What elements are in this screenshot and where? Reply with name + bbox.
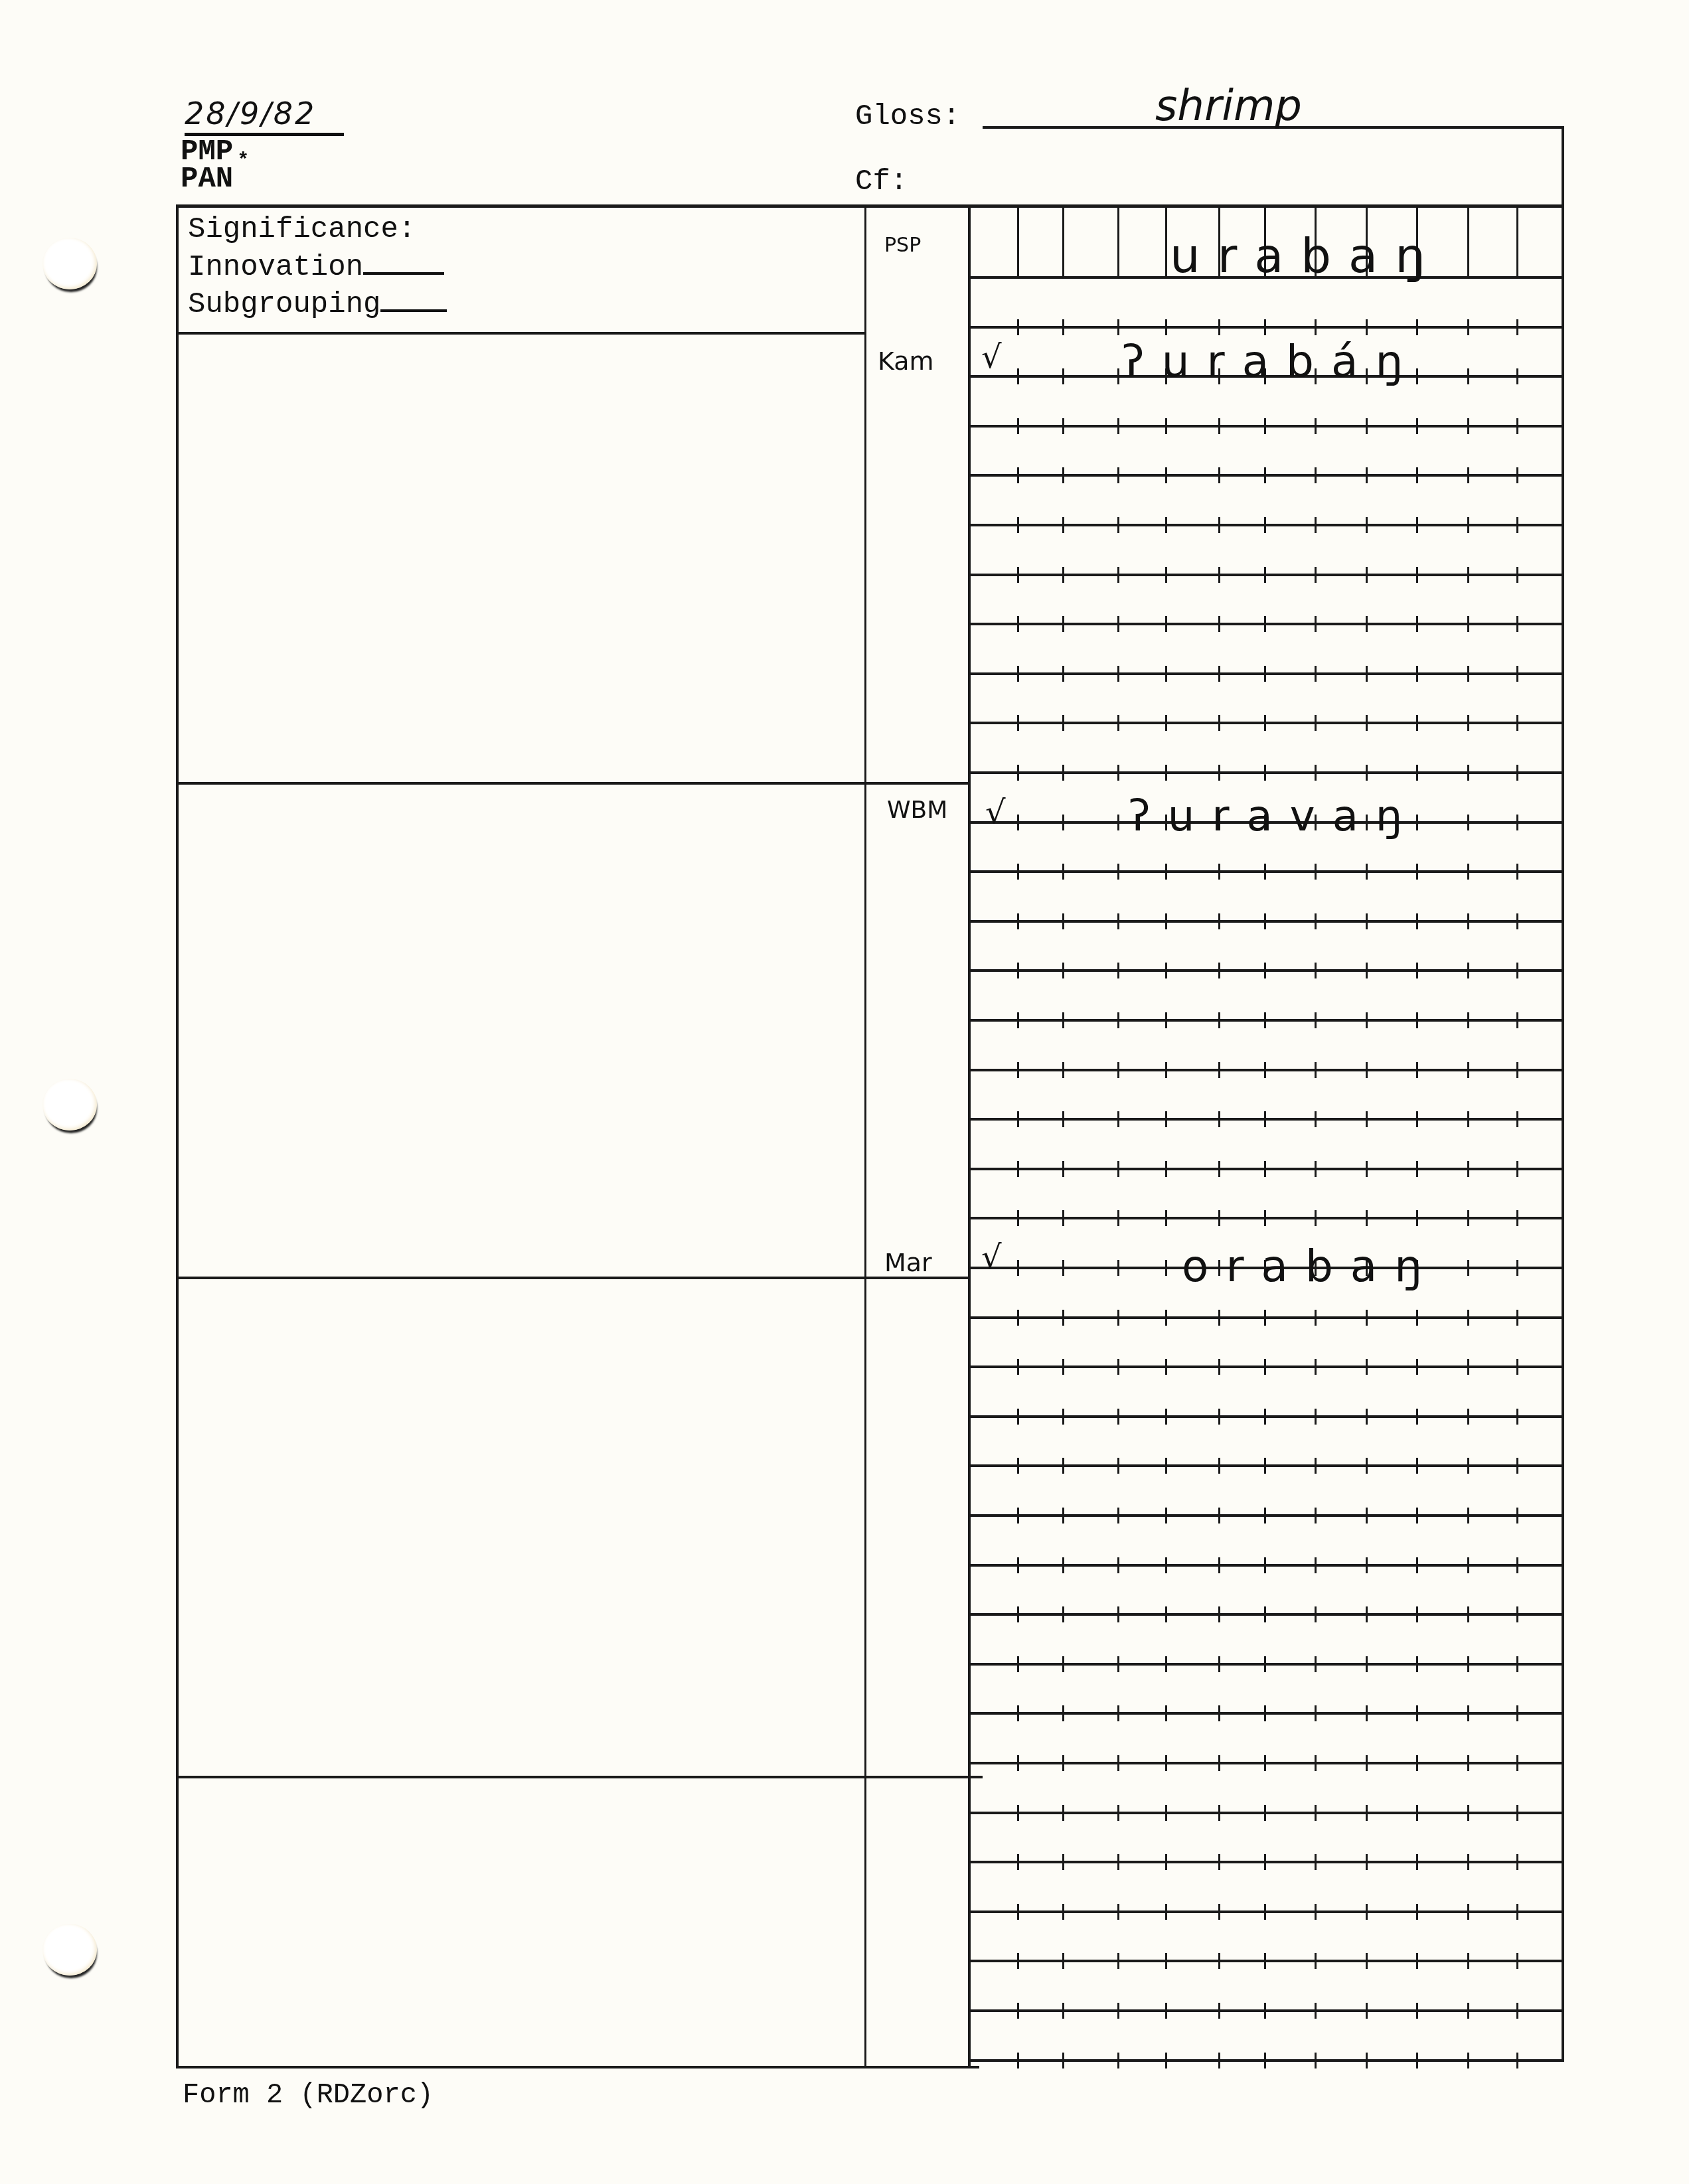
tick-mark bbox=[1218, 1062, 1220, 1078]
tick-mark bbox=[1117, 1705, 1119, 1721]
language-label-mar: Mar bbox=[884, 1248, 932, 1277]
tick-mark bbox=[1218, 1953, 1220, 1969]
tick-mark bbox=[1165, 1210, 1167, 1226]
tick-mark bbox=[1516, 913, 1518, 929]
tick-mark bbox=[1315, 517, 1317, 533]
tick-mark bbox=[1366, 1557, 1368, 1573]
tick-mark bbox=[1467, 616, 1469, 632]
form-psp[interactable]: urabaŋ bbox=[1170, 229, 1443, 282]
tick-mark bbox=[1315, 1062, 1317, 1078]
tick-mark bbox=[1062, 517, 1064, 533]
tick-mark bbox=[1062, 1359, 1064, 1375]
tick-mark bbox=[1516, 1606, 1518, 1622]
tick-mark bbox=[1165, 1854, 1167, 1870]
tick-mark bbox=[1062, 1409, 1064, 1425]
tick-mark bbox=[1218, 913, 1220, 929]
psp-cell-divider bbox=[1165, 206, 1167, 277]
tick-mark bbox=[1165, 1705, 1167, 1721]
tick-mark bbox=[1315, 1557, 1317, 1573]
ruled-line bbox=[969, 1960, 1563, 1962]
tick-mark bbox=[1165, 1508, 1167, 1523]
ruled-line bbox=[969, 1663, 1563, 1666]
tick-mark bbox=[1017, 467, 1019, 483]
form-wbm[interactable]: ʔuravaŋ bbox=[1129, 790, 1419, 843]
tick-mark bbox=[1218, 1012, 1220, 1028]
tick-mark bbox=[1416, 1111, 1418, 1127]
check-mark-kam[interactable]: √ bbox=[981, 339, 1002, 376]
ruled-line bbox=[969, 920, 1563, 923]
tick-mark bbox=[1516, 1705, 1518, 1721]
tick-mark bbox=[1062, 1805, 1064, 1821]
tick-mark bbox=[1315, 1359, 1317, 1375]
tick-mark bbox=[1218, 1508, 1220, 1523]
tick-mark bbox=[1366, 616, 1368, 632]
tick-mark bbox=[1416, 1755, 1418, 1771]
tick-mark bbox=[1366, 467, 1368, 483]
ruled-line bbox=[969, 1019, 1563, 1022]
tick-mark bbox=[1062, 1062, 1064, 1078]
tick-mark bbox=[1467, 1012, 1469, 1028]
tick-mark bbox=[1017, 319, 1019, 335]
tick-mark bbox=[1366, 913, 1368, 929]
tick-mark bbox=[1062, 1904, 1064, 1920]
tick-mark bbox=[1467, 567, 1469, 583]
tick-mark bbox=[1062, 1854, 1064, 1870]
tick-mark bbox=[1165, 1409, 1167, 1425]
ruled-line bbox=[969, 672, 1563, 675]
tick-mark bbox=[1017, 1409, 1019, 1425]
tick-mark bbox=[1165, 418, 1167, 434]
tick-mark bbox=[1366, 1210, 1368, 1226]
tick-mark bbox=[1264, 1805, 1266, 1821]
tick-mark bbox=[1017, 1359, 1019, 1375]
tick-mark bbox=[1516, 616, 1518, 632]
tick-mark bbox=[1416, 1161, 1418, 1177]
tick-mark bbox=[1017, 1260, 1019, 1276]
tick-mark bbox=[1218, 1656, 1220, 1672]
tick-mark bbox=[1062, 864, 1064, 880]
ruled-line bbox=[969, 722, 1563, 724]
tick-mark bbox=[1516, 1111, 1518, 1127]
tick-mark bbox=[1165, 963, 1167, 978]
tick-mark bbox=[1516, 368, 1518, 384]
ruled-line bbox=[969, 524, 1563, 526]
tick-mark bbox=[1117, 1260, 1119, 1276]
tick-mark bbox=[1017, 418, 1019, 434]
tick-mark bbox=[1017, 1606, 1019, 1622]
tick-mark bbox=[1366, 1904, 1368, 1920]
tick-mark bbox=[1264, 715, 1266, 731]
ruled-line bbox=[969, 2009, 1563, 2012]
tick-mark bbox=[1366, 1458, 1368, 1474]
tick-mark bbox=[1062, 963, 1064, 978]
tick-mark bbox=[1165, 616, 1167, 632]
tick-mark bbox=[1218, 1904, 1220, 1920]
ruled-line bbox=[969, 1168, 1563, 1170]
ruled-line bbox=[969, 1464, 1563, 1467]
tick-mark bbox=[1218, 1458, 1220, 1474]
tick-mark bbox=[1516, 864, 1518, 880]
tick-mark bbox=[1165, 864, 1167, 880]
tick-mark bbox=[1467, 963, 1469, 978]
tick-mark bbox=[1062, 467, 1064, 483]
language-label-wbm: WBM bbox=[887, 797, 947, 824]
tick-mark bbox=[1315, 1606, 1317, 1622]
tick-mark bbox=[1017, 368, 1019, 384]
tick-mark bbox=[1165, 1161, 1167, 1177]
tick-mark bbox=[1366, 1062, 1368, 1078]
tick-mark bbox=[1264, 963, 1266, 978]
tick-mark bbox=[1117, 616, 1119, 632]
tick-mark bbox=[1062, 1953, 1064, 1969]
psp-cell-divider bbox=[1117, 206, 1119, 277]
tick-mark bbox=[1516, 418, 1518, 434]
tick-mark bbox=[1416, 666, 1418, 682]
tick-mark bbox=[1062, 616, 1064, 632]
tick-mark bbox=[1165, 765, 1167, 781]
tick-mark bbox=[1218, 1409, 1220, 1425]
tick-mark bbox=[1516, 1012, 1518, 1028]
tick-mark bbox=[1264, 1310, 1266, 1326]
tick-mark bbox=[1366, 1409, 1368, 1425]
tick-mark bbox=[1467, 1606, 1469, 1622]
tick-mark bbox=[1062, 1260, 1064, 1276]
tick-mark bbox=[1117, 1904, 1119, 1920]
tick-mark bbox=[1264, 1953, 1266, 1969]
tick-mark bbox=[1315, 1458, 1317, 1474]
ruled-line bbox=[969, 969, 1563, 972]
tick-mark bbox=[1117, 913, 1119, 929]
ruled-line bbox=[969, 1316, 1563, 1319]
tick-mark bbox=[1062, 815, 1064, 830]
tick-mark bbox=[1366, 319, 1368, 335]
tick-mark bbox=[1165, 319, 1167, 335]
tick-mark bbox=[1516, 1062, 1518, 1078]
tick-mark bbox=[1117, 1062, 1119, 1078]
tick-mark bbox=[1315, 2003, 1317, 2019]
tick-mark bbox=[1218, 567, 1220, 583]
tick-mark bbox=[1264, 765, 1266, 781]
tick-mark bbox=[1416, 1409, 1418, 1425]
psp-cell-divider bbox=[1516, 206, 1518, 277]
ruled-line bbox=[969, 1762, 1563, 1764]
tick-mark bbox=[1017, 1012, 1019, 1028]
tick-mark bbox=[1416, 1805, 1418, 1821]
tick-mark bbox=[1366, 1854, 1368, 1870]
tick-mark bbox=[1416, 1557, 1418, 1573]
tick-mark bbox=[1062, 1310, 1064, 1326]
tick-mark bbox=[1366, 1755, 1368, 1771]
tick-mark bbox=[1516, 1557, 1518, 1573]
tick-mark bbox=[1062, 1508, 1064, 1523]
tick-mark bbox=[1264, 1755, 1266, 1771]
tick-mark bbox=[1117, 1953, 1119, 1969]
tick-mark bbox=[1264, 913, 1266, 929]
language-label-psp: PSP bbox=[884, 234, 921, 257]
tick-mark bbox=[1366, 1359, 1368, 1375]
tick-mark bbox=[1117, 319, 1119, 335]
tick-mark bbox=[1218, 2003, 1220, 2019]
tick-mark bbox=[1218, 1161, 1220, 1177]
tick-mark bbox=[1218, 666, 1220, 682]
tick-mark bbox=[1017, 864, 1019, 880]
tick-mark bbox=[1117, 1409, 1119, 1425]
tick-mark bbox=[1416, 963, 1418, 978]
tick-mark bbox=[1315, 1111, 1317, 1127]
check-mark-mar[interactable]: √ bbox=[981, 1239, 1002, 1276]
ruled-line bbox=[969, 574, 1563, 576]
tick-mark bbox=[1264, 1111, 1266, 1127]
tick-mark bbox=[1264, 864, 1266, 880]
tick-mark bbox=[1264, 517, 1266, 533]
tick-mark bbox=[1366, 1161, 1368, 1177]
tick-mark bbox=[1117, 517, 1119, 533]
tick-mark bbox=[1467, 1111, 1469, 1127]
tick-mark bbox=[1117, 1755, 1119, 1771]
form-kam[interactable]: ʔurabáŋ bbox=[1122, 335, 1420, 388]
tick-mark bbox=[1366, 517, 1368, 533]
tick-mark bbox=[1516, 567, 1518, 583]
tick-mark bbox=[1062, 765, 1064, 781]
tick-mark bbox=[1264, 1656, 1266, 1672]
tick-mark bbox=[1264, 1210, 1266, 1226]
tick-mark bbox=[1165, 1557, 1167, 1573]
tick-mark bbox=[1467, 1557, 1469, 1573]
ruled-line bbox=[969, 1911, 1563, 1913]
tick-mark bbox=[1516, 1409, 1518, 1425]
tick-mark bbox=[1467, 1705, 1469, 1721]
tick-mark bbox=[1416, 765, 1418, 781]
tick-mark bbox=[1366, 1310, 1368, 1326]
tick-mark bbox=[1017, 1656, 1019, 1672]
tick-mark bbox=[1516, 319, 1518, 335]
tick-mark bbox=[1117, 1805, 1119, 1821]
ruled-line bbox=[969, 1415, 1563, 1418]
tick-mark bbox=[1366, 567, 1368, 583]
tick-mark bbox=[1017, 1458, 1019, 1474]
tick-mark bbox=[1467, 765, 1469, 781]
tick-mark bbox=[1315, 1012, 1317, 1028]
tick-mark bbox=[1117, 418, 1119, 434]
tick-mark bbox=[1416, 517, 1418, 533]
tick-mark bbox=[1315, 1656, 1317, 1672]
tick-mark bbox=[1062, 913, 1064, 929]
tick-mark bbox=[1218, 1557, 1220, 1573]
ruled-line bbox=[969, 1514, 1563, 1517]
tick-mark bbox=[1467, 1805, 1469, 1821]
tick-mark bbox=[1165, 1012, 1167, 1028]
tick-mark bbox=[1264, 1705, 1266, 1721]
tick-mark bbox=[1467, 1953, 1469, 1969]
tick-mark bbox=[1315, 1805, 1317, 1821]
tick-mark bbox=[1315, 1854, 1317, 1870]
tick-mark bbox=[1218, 715, 1220, 731]
tick-mark bbox=[1264, 1508, 1266, 1523]
tick-mark bbox=[1467, 1755, 1469, 1771]
tick-mark bbox=[1017, 1705, 1019, 1721]
tick-mark bbox=[1366, 1111, 1368, 1127]
tick-mark bbox=[1218, 864, 1220, 880]
tick-mark bbox=[1017, 567, 1019, 583]
tick-mark bbox=[1467, 467, 1469, 483]
ruled-line bbox=[969, 1118, 1563, 1121]
tick-mark bbox=[1117, 815, 1119, 830]
tick-mark bbox=[1516, 1656, 1518, 1672]
tick-mark bbox=[1416, 913, 1418, 929]
language-label-kam: Kam bbox=[878, 347, 934, 376]
tick-mark bbox=[1017, 1854, 1019, 1870]
tick-mark bbox=[1218, 616, 1220, 632]
tick-mark bbox=[1218, 467, 1220, 483]
tick-mark bbox=[1017, 1953, 1019, 1969]
tick-mark bbox=[1017, 765, 1019, 781]
psp-cell-divider bbox=[1467, 206, 1469, 277]
tick-mark bbox=[1264, 1062, 1266, 1078]
tick-mark bbox=[1165, 715, 1167, 731]
tick-mark bbox=[1264, 467, 1266, 483]
ruled-line bbox=[969, 326, 1563, 329]
transcription-grid bbox=[0, 0, 1689, 2184]
tick-mark bbox=[1315, 467, 1317, 483]
tick-mark bbox=[1062, 1012, 1064, 1028]
tick-mark bbox=[1165, 1904, 1167, 1920]
tick-mark bbox=[1017, 1805, 1019, 1821]
tick-mark bbox=[1165, 2003, 1167, 2019]
tick-mark bbox=[1218, 517, 1220, 533]
tick-mark bbox=[1366, 1508, 1368, 1523]
tick-mark bbox=[1017, 1755, 1019, 1771]
tick-mark bbox=[1218, 1606, 1220, 1622]
tick-mark bbox=[1062, 567, 1064, 583]
tick-mark bbox=[1264, 1606, 1266, 1622]
tick-mark bbox=[1366, 666, 1368, 682]
tick-mark bbox=[1467, 1062, 1469, 1078]
tick-mark bbox=[1366, 715, 1368, 731]
tick-mark bbox=[1416, 1062, 1418, 1078]
tick-mark bbox=[1315, 1210, 1317, 1226]
tick-mark bbox=[1062, 1656, 1064, 1672]
tick-mark bbox=[1017, 913, 1019, 929]
tick-mark bbox=[1315, 1161, 1317, 1177]
tick-mark bbox=[1218, 1111, 1220, 1127]
tick-mark bbox=[1165, 1755, 1167, 1771]
tick-mark bbox=[1315, 715, 1317, 731]
tick-mark bbox=[1366, 765, 1368, 781]
tick-mark bbox=[1516, 1805, 1518, 1821]
tick-mark bbox=[1315, 963, 1317, 978]
tick-mark bbox=[1017, 963, 1019, 978]
tick-mark bbox=[1416, 1854, 1418, 1870]
tick-mark bbox=[1516, 1508, 1518, 1523]
tick-mark bbox=[1315, 1904, 1317, 1920]
tick-mark bbox=[1315, 765, 1317, 781]
tick-mark bbox=[1117, 1012, 1119, 1028]
tick-mark bbox=[1062, 368, 1064, 384]
tick-mark bbox=[1516, 666, 1518, 682]
tick-mark bbox=[1062, 418, 1064, 434]
ruled-line bbox=[969, 1861, 1563, 1863]
ruled-line bbox=[969, 474, 1563, 477]
tick-mark bbox=[1017, 1557, 1019, 1573]
tick-mark bbox=[1467, 666, 1469, 682]
tick-mark bbox=[1117, 1508, 1119, 1523]
tick-mark bbox=[1264, 1161, 1266, 1177]
tick-mark bbox=[1516, 963, 1518, 978]
tick-mark bbox=[1416, 1310, 1418, 1326]
tick-mark bbox=[1062, 1557, 1064, 1573]
tick-mark bbox=[1117, 1210, 1119, 1226]
form-footer-label: Form 2 (RDZorc) bbox=[183, 2078, 434, 2112]
tick-mark bbox=[1366, 418, 1368, 434]
tick-mark bbox=[1117, 368, 1119, 384]
check-mark-wbm[interactable]: √ bbox=[985, 794, 1006, 831]
tick-mark bbox=[1117, 1557, 1119, 1573]
tick-mark bbox=[1467, 864, 1469, 880]
ruled-line bbox=[969, 1365, 1563, 1368]
tick-mark bbox=[1516, 1161, 1518, 1177]
tick-mark bbox=[1416, 467, 1418, 483]
tick-mark bbox=[1516, 715, 1518, 731]
tick-mark bbox=[1218, 963, 1220, 978]
tick-mark bbox=[1315, 1953, 1317, 1969]
tick-mark bbox=[1315, 666, 1317, 682]
tick-mark bbox=[1017, 666, 1019, 682]
tick-mark bbox=[1315, 616, 1317, 632]
tick-mark bbox=[1017, 1111, 1019, 1127]
ruled-line bbox=[969, 1812, 1563, 1814]
tick-mark bbox=[1218, 1854, 1220, 1870]
tick-mark bbox=[1516, 1854, 1518, 1870]
tick-mark bbox=[1516, 517, 1518, 533]
tick-mark bbox=[1416, 1953, 1418, 1969]
ruled-line bbox=[969, 425, 1563, 428]
tick-mark bbox=[1467, 1210, 1469, 1226]
tick-mark bbox=[1264, 1904, 1266, 1920]
tick-mark bbox=[1467, 2003, 1469, 2019]
tick-mark bbox=[1062, 666, 1064, 682]
tick-mark bbox=[1117, 963, 1119, 978]
tick-mark bbox=[1165, 517, 1167, 533]
tick-mark bbox=[1467, 1904, 1469, 1920]
tick-mark bbox=[1165, 1656, 1167, 1672]
psp-cell-divider bbox=[1062, 206, 1064, 277]
tick-mark bbox=[1416, 1359, 1418, 1375]
ruled-line bbox=[969, 771, 1563, 774]
tick-mark bbox=[1416, 2003, 1418, 2019]
tick-mark bbox=[1264, 616, 1266, 632]
tick-mark bbox=[1416, 1656, 1418, 1672]
form-mar[interactable]: orabaŋ bbox=[1182, 1240, 1439, 1293]
tick-mark bbox=[1264, 567, 1266, 583]
tick-mark bbox=[1165, 1953, 1167, 1969]
tick-mark bbox=[1017, 1904, 1019, 1920]
ruled-line bbox=[969, 1069, 1563, 1071]
tick-mark bbox=[1017, 2003, 1019, 2019]
tick-mark bbox=[1117, 1854, 1119, 1870]
tick-mark bbox=[1516, 1359, 1518, 1375]
tick-mark bbox=[1315, 913, 1317, 929]
tick-mark bbox=[1218, 1805, 1220, 1821]
tick-mark bbox=[1017, 1508, 1019, 1523]
tick-mark bbox=[1467, 368, 1469, 384]
tick-mark bbox=[1516, 1260, 1518, 1276]
tick-mark bbox=[1117, 1606, 1119, 1622]
tick-mark bbox=[1264, 1359, 1266, 1375]
tick-mark bbox=[1315, 319, 1317, 335]
tick-mark bbox=[1117, 1111, 1119, 1127]
tick-mark bbox=[1516, 1953, 1518, 1969]
tick-mark bbox=[1467, 517, 1469, 533]
